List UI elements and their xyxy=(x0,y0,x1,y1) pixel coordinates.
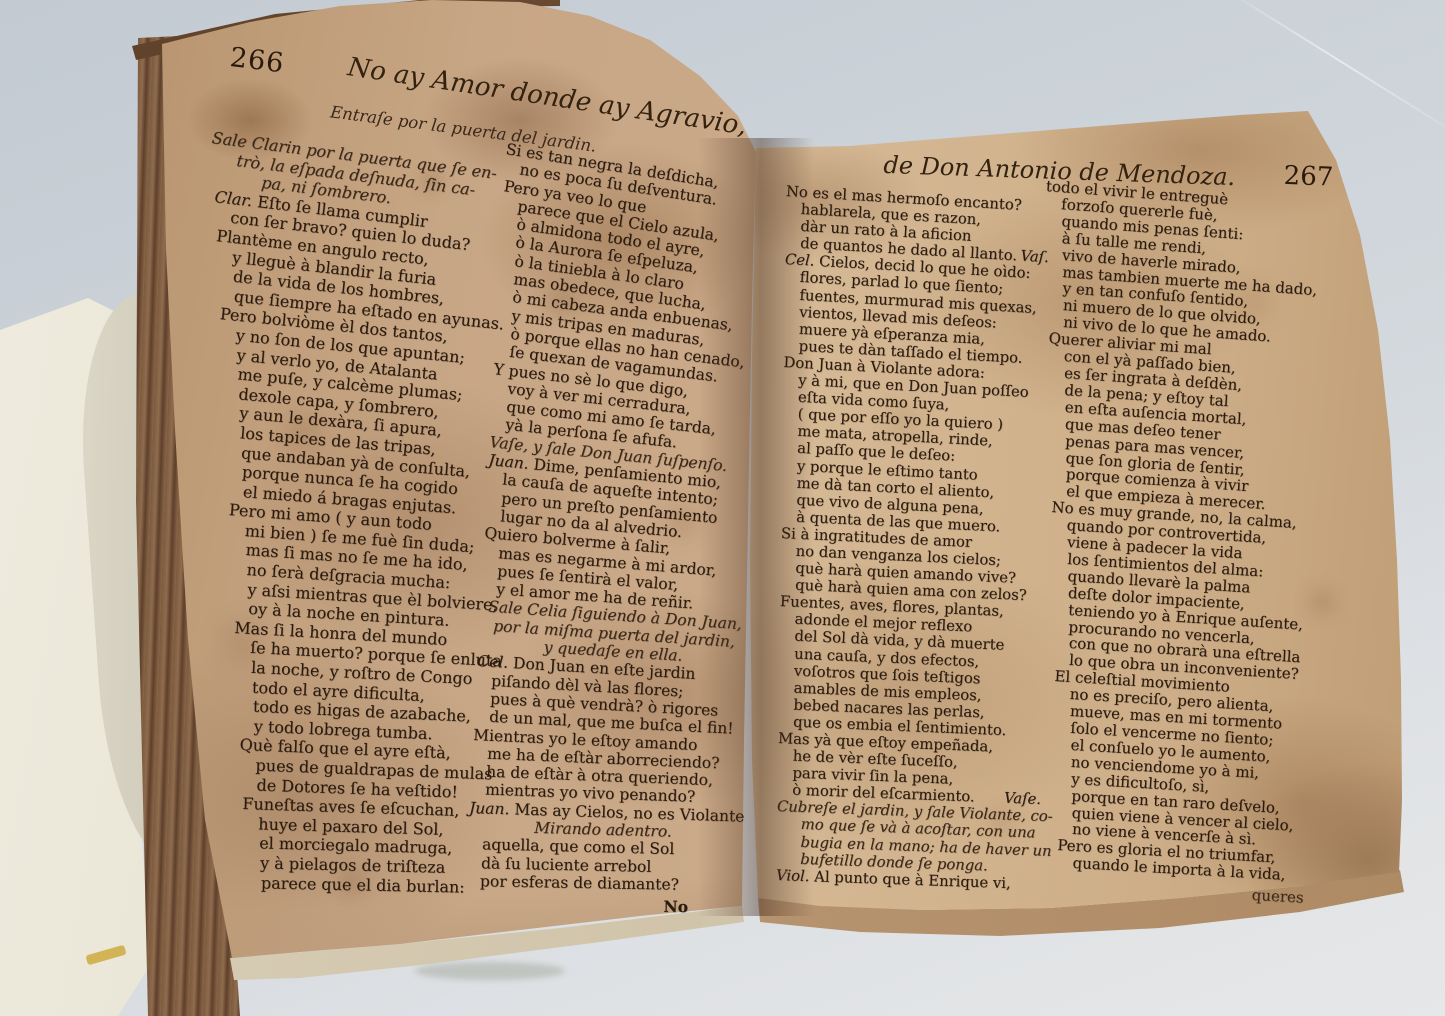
page-number-left: 266 xyxy=(228,42,286,79)
printed-text-layer: 266 No ay Amor donde ay Agravio, Entraſe… xyxy=(0,0,1445,1016)
verse-line: por esferas de diamante? xyxy=(465,872,735,895)
photographed-open-book: 266 No ay Amor donde ay Agravio, Entraſe… xyxy=(0,0,1445,1016)
speaker-abbreviation: Juan. xyxy=(469,799,515,818)
catchword: No xyxy=(464,895,734,917)
right-page-column-2: todo el vivir le entreguèforzoſo quererl… xyxy=(1046,178,1326,893)
right-page-column-1: No es el mas hermoſo encanto?hablarela, … xyxy=(786,183,1058,884)
speaker-abbreviation: Viol. xyxy=(776,867,815,885)
speaker-abbreviation: Cel. xyxy=(477,652,514,672)
left-page-column-1: Sale Clarin por la puerta que ſe en-trò,… xyxy=(212,128,512,892)
stage-exit-note: Vaſe. xyxy=(1004,790,1042,808)
left-page-column-2: Si es tan negra la deſdicha,no es poca ſ… xyxy=(506,140,776,913)
